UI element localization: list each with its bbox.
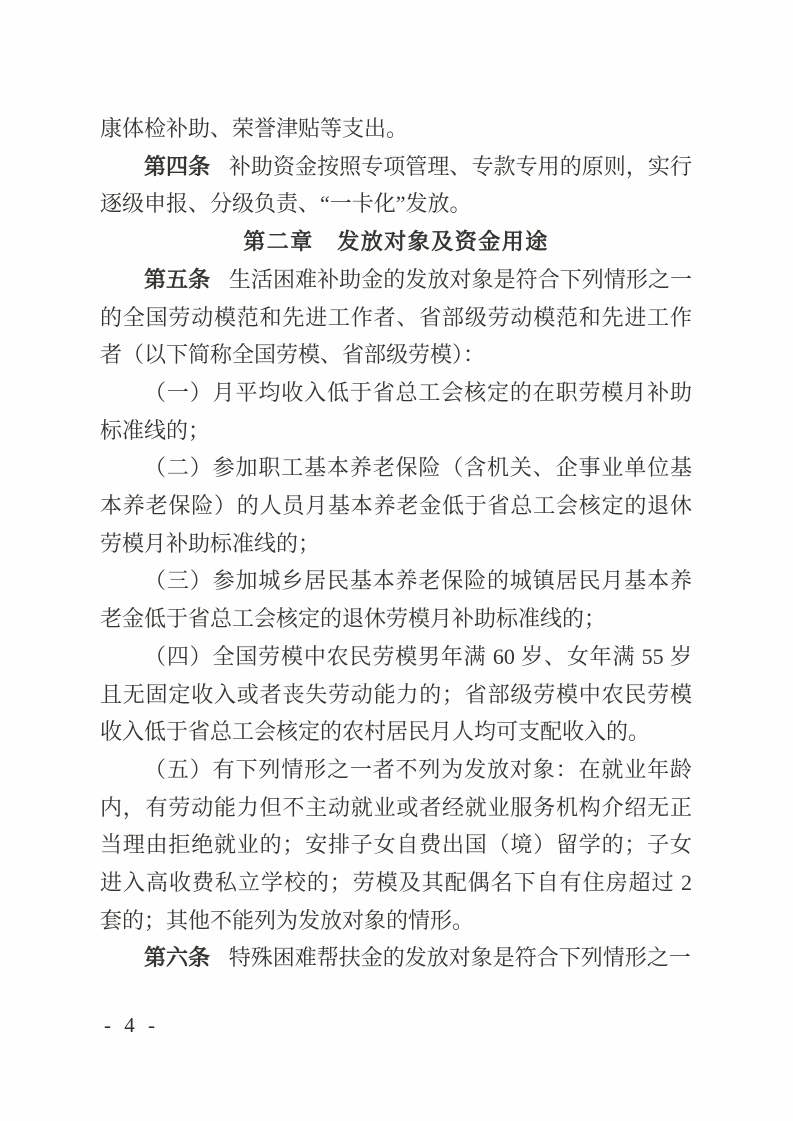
document-page: 康体检补助、荣誉津贴等支出。 第四条补助资金按照专项管理、专款专用的原则，实行逐…: [0, 0, 793, 1121]
clause-1: （一）月平均收入低于省总工会核定的在职劳模月补助标准线的；: [100, 374, 692, 449]
clause-5: （五）有下列情形之一者不列为发放对象：在就业年龄内，有劳动能力但不主动就业或者经…: [100, 751, 692, 940]
clause-4: （四）全国劳模中农民劳模男年满 60 岁、女年满 55 岁且无固定收入或者丧失劳…: [100, 638, 692, 751]
article-6-term: 第六条: [144, 945, 210, 970]
article-6-text: 特殊困难帮扶金的发放对象是符合下列情形之一: [229, 945, 691, 970]
article-4-term: 第四条: [144, 154, 210, 179]
document-body: 康体检补助、荣誉津贴等支出。 第四条补助资金按照专项管理、专款专用的原则，实行逐…: [100, 110, 692, 977]
paragraph-continuation: 康体检补助、荣誉津贴等支出。: [100, 110, 692, 148]
paragraph-article-5: 第五条生活困难补助金的发放对象是符合下列情形之一的全国劳动模范和先进工作者、省部…: [100, 261, 692, 374]
article-5-term: 第五条: [144, 267, 210, 292]
page-number: - 4 -: [104, 1013, 159, 1038]
clause-2: （二）参加职工基本养老保险（含机关、企事业单位基本养老保险）的人员月基本养老金低…: [100, 449, 692, 562]
paragraph-article-6: 第六条特殊困难帮扶金的发放对象是符合下列情形之一: [100, 939, 692, 977]
paragraph-article-4: 第四条补助资金按照专项管理、专款专用的原则，实行逐级申报、分级负责、“一卡化”发…: [100, 148, 692, 223]
chapter-2-heading: 第二章 发放对象及资金用途: [100, 223, 692, 261]
clause-3: （三）参加城乡居民基本养老保险的城镇居民月基本养老金低于省总工会核定的退休劳模月…: [100, 562, 692, 637]
